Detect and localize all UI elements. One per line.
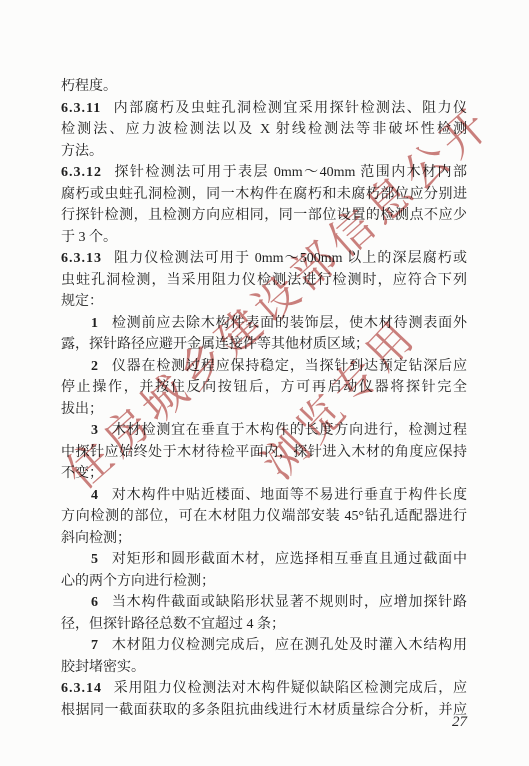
- text-line: 4对木构件中贴近楼面、地面等不易进行垂直于构件长度: [61, 485, 467, 507]
- text-line: 腐朽或虫蛀孔洞检测，同一木构件在腐朽和未腐朽部位应分别进: [61, 184, 467, 206]
- text-line: 7木材阻力仪检测完成后，应在测孔处及时灌入木结构用: [61, 635, 467, 657]
- text-line: 于 3 个。: [61, 227, 467, 249]
- text-line: 3木材检测宜在垂直于木构件的长度方向进行，检测过程: [61, 420, 467, 442]
- page-number: 27: [61, 714, 467, 731]
- text-line: 6.3.13阻力仪检测法可用于 0mm～500mm 以上的深层腐朽或: [61, 248, 467, 270]
- clause-number: 2: [91, 359, 98, 374]
- text-line: 心的两个方向进行检测；: [61, 571, 467, 593]
- clause-number: 6.3.12: [61, 165, 102, 180]
- document-page: 朽程度。6.3.11内部腐朽及虫蛀孔洞检测宜采用探针检测法、阻力仪检测法、应力波…: [0, 0, 529, 766]
- clause-number: 6.3.14: [61, 681, 102, 696]
- clause-number: 6: [91, 595, 98, 610]
- text-line: 2仪器在检测过程应保持稳定，当探针到达预定钻深后应: [61, 356, 467, 378]
- text-line: 斜向检测；: [61, 528, 467, 550]
- text-line: 6.3.12探针检测法可用于表层 0mm～40mm 范围内木材内部: [61, 162, 467, 184]
- text-line: 径，但探针路径总数不宜超过 4 条；: [61, 614, 467, 636]
- text-line: 6.3.11内部腐朽及虫蛀孔洞检测宜采用探针检测法、阻力仪: [61, 98, 467, 120]
- clause-number: 1: [91, 316, 98, 331]
- text-line: 6.3.14采用阻力仪检测法对木构件疑似缺陷区检测完成后，应: [61, 678, 467, 700]
- text-line: 朽程度。: [61, 76, 467, 98]
- text-line: 6当木构件截面或缺陷形状显著不规则时，应增加探针路: [61, 592, 467, 614]
- text-line: 不变；: [61, 463, 467, 485]
- text-line: 胶封堵密实。: [61, 657, 467, 679]
- text-line: 中探针应始终处于木材待检平面内，探针进入木材的角度应保持: [61, 442, 467, 464]
- text-line: 行探针检测，且检测方向应相同，同一部位设置的检测点不应少: [61, 205, 467, 227]
- text-line: 规定：: [61, 291, 467, 313]
- clause-number: 6.3.11: [61, 101, 101, 116]
- text-line: 拔出；: [61, 399, 467, 421]
- clause-number: 6.3.13: [61, 251, 102, 266]
- text-line: 5对矩形和圆形截面木材，应选择相互垂直且通过截面中: [61, 549, 467, 571]
- text-line: 方法。: [61, 141, 467, 163]
- text-line: 露，探针路径应避开金属连接件等其他材质区域；: [61, 334, 467, 356]
- body-text: 朽程度。6.3.11内部腐朽及虫蛀孔洞检测宜采用探针检测法、阻力仪检测法、应力波…: [61, 76, 467, 721]
- clause-number: 3: [91, 423, 98, 438]
- clause-number: 5: [91, 552, 98, 567]
- clause-number: 7: [91, 638, 98, 653]
- text-line: 检测法、应力波检测法以及 X 射线检测法等非破坏性检测: [61, 119, 467, 141]
- text-line: 虫蛀孔洞检测，当采用阻力仪检测法进行检测时，应符合下列: [61, 270, 467, 292]
- text-line: 停止操作，并按住反向按钮后，方可再启动仪器将探针完全: [61, 377, 467, 399]
- text-line: 1检测前应去除木构件表面的装饰层，使木材待测表面外: [61, 313, 467, 335]
- text-line: 方向检测的部位，可在木材阻力仪端部安装 45°钻孔适配器进行: [61, 506, 467, 528]
- clause-number: 4: [91, 488, 98, 503]
